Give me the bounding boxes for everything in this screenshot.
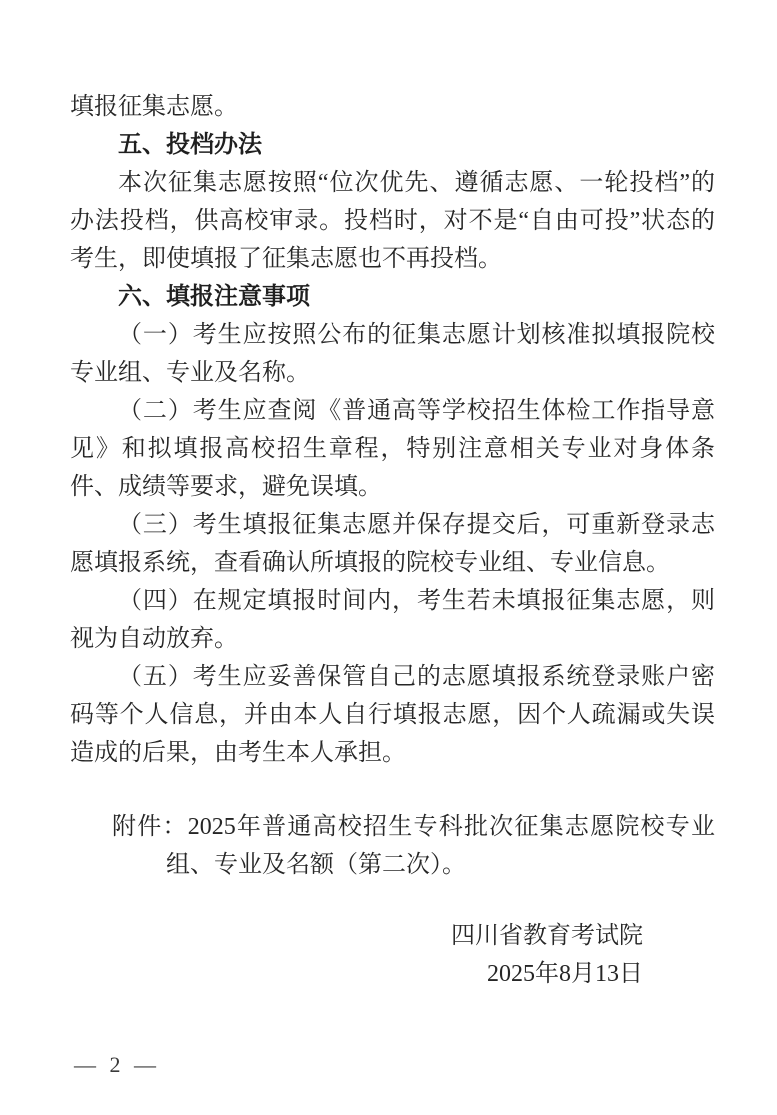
document-page: 填报征集志愿。 五、投档办法 本次征集志愿按照“位次优先、遵循志愿、一轮投档”的…: [0, 0, 777, 1115]
section-5-paragraph-1: 本次征集志愿按照“位次优先、遵循志愿、一轮投档”的办法投档，供高校审录。投档时，…: [70, 164, 715, 278]
section-6-item-5: （五）考生应妥善保管自己的志愿填报系统登录账户密码等个人信息，并由本人自行填报志…: [70, 658, 715, 772]
section-6-heading: 六、填报注意事项: [70, 278, 715, 316]
attachment-line: 附件：2025年普通高校招生专科批次征集志愿院校专业组、专业及名额（第二次）。: [70, 808, 715, 884]
attachment-text: 2025年普通高校招生专科批次征集志愿院校专业组、专业及名额（第二次）。: [166, 814, 715, 878]
section-6-item-3: （三）考生填报征集志愿并保存提交后，可重新登录志愿填报系统，查看确认所填报的院校…: [70, 506, 715, 582]
signature-block: 四川省教育考试院 2025年8月13日: [70, 917, 715, 993]
page-number: — 2 —: [74, 1052, 160, 1078]
attachment-label: 附件：: [112, 814, 188, 840]
section-6-item-4: （四）在规定填报时间内，考生若未填报征集志愿，则视为自动放弃。: [70, 582, 715, 658]
document-body: 填报征集志愿。 五、投档办法 本次征集志愿按照“位次优先、遵循志愿、一轮投档”的…: [0, 0, 777, 993]
intro-continuation-text: 填报征集志愿。: [70, 88, 715, 126]
section-6-item-1: （一）考生应按照公布的征集志愿计划核准拟填报院校专业组、专业及名称。: [70, 316, 715, 392]
issuer-name: 四川省教育考试院: [70, 917, 643, 955]
section-6-item-2: （二）考生应查阅《普通高等学校招生体检工作指导意见》和拟填报高校招生章程，特别注…: [70, 392, 715, 506]
issue-date: 2025年8月13日: [70, 955, 643, 993]
section-5-heading: 五、投档办法: [70, 126, 715, 164]
